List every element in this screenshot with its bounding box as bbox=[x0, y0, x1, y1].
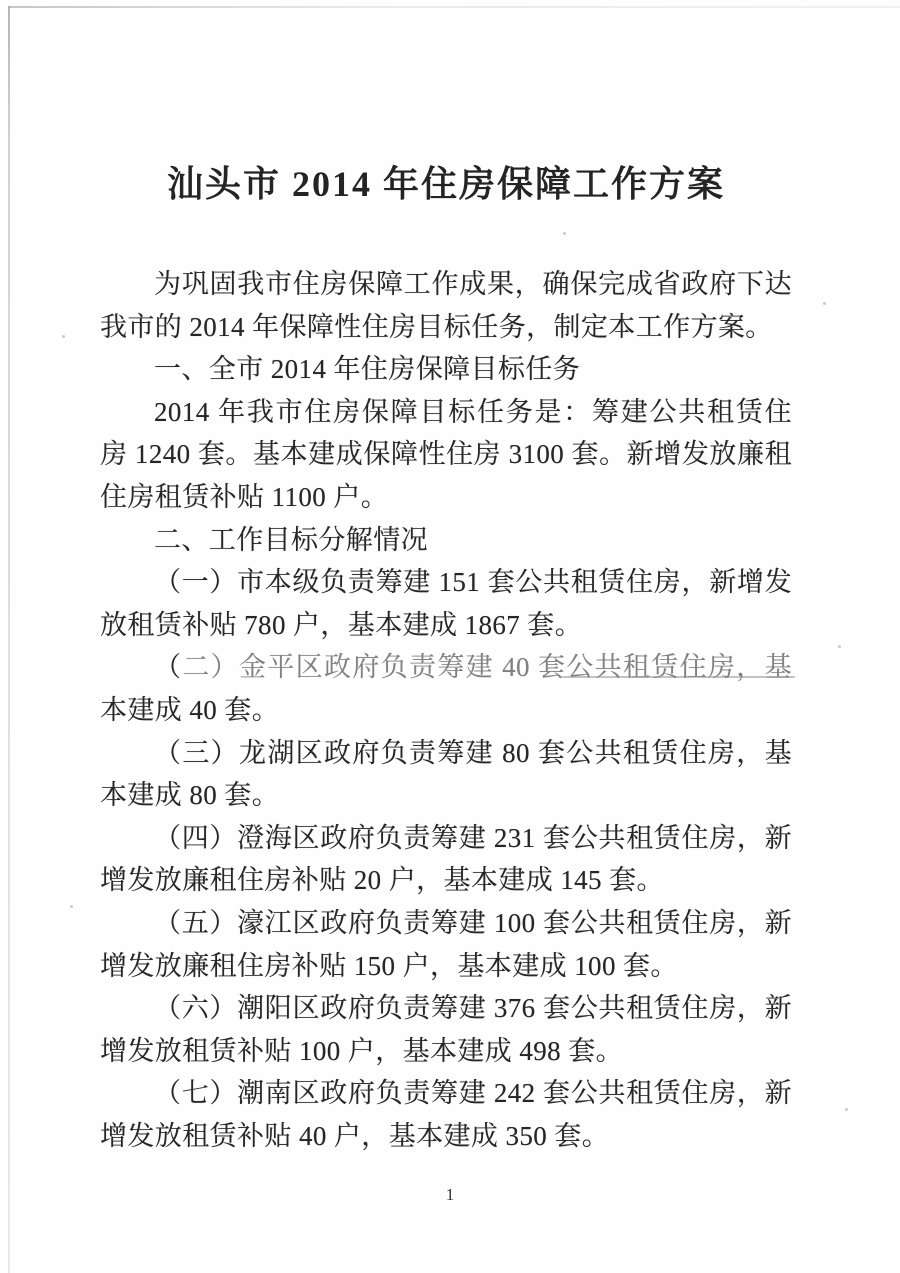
paragraph-item-1-city-level: （一）市本级负责筹建 151 套公共租赁住房，新增发放租赁补贴 780 户，基本… bbox=[100, 561, 792, 646]
scan-speck bbox=[823, 302, 826, 305]
scan-edge-left bbox=[8, 6, 10, 1273]
paragraph-item-4-chenghai: （四）澄海区政府负责筹建 231 套公共租赁住房，新增发放廉租住房补贴 20 户… bbox=[100, 817, 792, 902]
paragraph-citywide-targets: 2014 年我市住房保障目标任务是：筹建公共租赁住房 1240 套。基本建成保障… bbox=[100, 391, 792, 519]
scan-speck bbox=[70, 905, 73, 908]
paragraph-item-7-chaonan: （七）潮南区政府负责筹建 242 套公共租赁住房，新增发放租赁补贴 40 户，基… bbox=[100, 1072, 792, 1157]
page-number: 1 bbox=[433, 1185, 467, 1205]
heading-section-1: 一、全市 2014 年住房保障目标任务 bbox=[100, 348, 792, 391]
document-body: 为巩固我市住房保障工作成果，确保完成省政府下达我市的 2014 年保障性住房目标… bbox=[100, 263, 792, 1157]
heading-section-2: 二、工作目标分解情况 bbox=[100, 519, 792, 562]
scanned-document-page: 汕头市 2014 年住房保障工作方案 为巩固我市住房保障工作成果，确保完成省政府… bbox=[0, 0, 900, 1273]
scan-speck bbox=[845, 1108, 848, 1111]
paragraph-item-3-longhu: （三）龙湖区政府负责筹建 80 套公共租赁住房，基本建成 80 套。 bbox=[100, 732, 792, 817]
paragraph-item-6-chaoyang: （六）潮阳区政府负责筹建 376 套公共租赁住房，新增发放租赁补贴 100 户，… bbox=[100, 987, 792, 1072]
paragraph-item-2-jinping: （二）金平区政府负责筹建 40 套公共租赁住房，基本建成 40 套。 bbox=[100, 646, 792, 731]
document-title: 汕头市 2014 年住房保障工作方案 bbox=[100, 156, 792, 207]
paragraph-item-5-haojiang: （五）濠江区政府负责筹建 100 套公共租赁住房，新增发放廉租住房补贴 150 … bbox=[100, 902, 792, 987]
scan-speck bbox=[838, 645, 841, 648]
scan-speck bbox=[62, 335, 65, 338]
document-content: 汕头市 2014 年住房保障工作方案 为巩固我市住房保障工作成果，确保完成省政府… bbox=[100, 156, 792, 1157]
paragraph-intro: 为巩固我市住房保障工作成果，确保完成省政府下达我市的 2014 年保障性住房目标… bbox=[100, 263, 792, 348]
scan-edge-top bbox=[9, 6, 900, 8]
